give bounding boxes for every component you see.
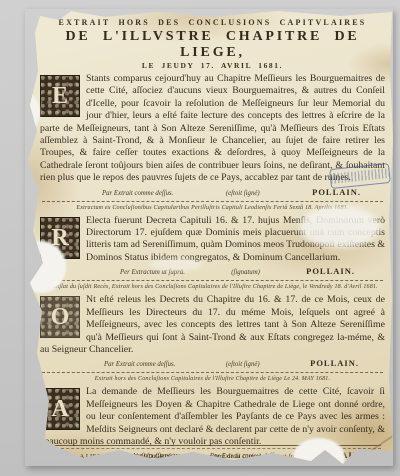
scan-background: EXTRAIT HORS DES CONCLUSIONS CAPITVLAIRE… — [0, 0, 400, 476]
paper-shadow — [25, 9, 393, 466]
